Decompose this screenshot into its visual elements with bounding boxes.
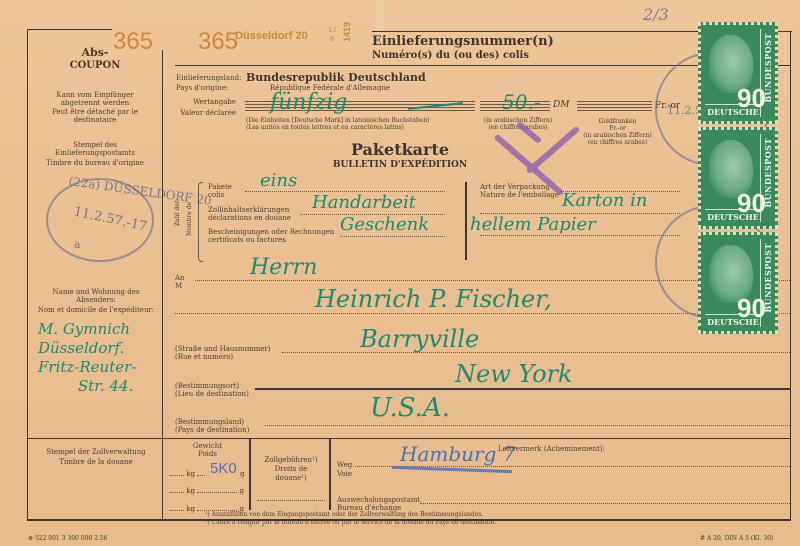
weight-unit-kg: kg [186,505,195,513]
frame-left [27,29,28,520]
weight-divider [249,438,251,510]
place-line [255,388,790,390]
sender-line: M. Gymnich [38,320,136,339]
origin-label-de: Einlieferungsland: [176,74,241,82]
footnote-de: ¹) Auszufüllen von dem Eingangspostamt o… [205,511,483,518]
value-currency: DM [553,100,569,110]
label-number-right: 365 [198,28,238,56]
count-value-parcels: eins [260,170,297,191]
origin-value-de: Bundesrepublik Deutschland [246,71,426,84]
value-digits: 50.- [502,90,541,114]
country-label-de: (Bestimmungsland) [175,418,244,426]
sender-label-de: Name und Wohnung des Absenders: [32,288,160,304]
count-line [340,236,445,237]
addressee-salutation: Herrn [250,255,317,280]
country-label-fr: (Pays de destination) [175,426,249,434]
stamp-issuer: BUNDESPOST [763,33,773,103]
counts-brace [198,182,203,262]
routing-label: Leitvermerk (Acheminement): [498,445,605,453]
addressee-place: New York [455,360,573,388]
street-label-de: (Straße und Hausnummer) [175,345,271,353]
coupon-stamp-label-fr: Timbre du bureau d'origine [40,159,150,167]
sender-line: Fritz-Reuter- [38,358,136,377]
place-label-fr: (Lieu de destination) [175,390,249,398]
count-label-de: Pakete [208,183,232,191]
parcel-card: 365 365 Düsseldorf 20 1 / 9 1419 2/3 Abs… [0,0,800,546]
sender-line: Düsseldorf. [38,339,136,358]
document-title: Paketkarte [320,140,480,159]
route-label-fr: Voie [337,470,352,478]
label-fraction: 1 / 9 [328,26,336,44]
label-code: 1419 [342,22,352,42]
weight-unit-g: g [239,487,243,495]
customs-rule [27,438,790,439]
weight-unit-g: g [240,470,244,478]
postmark-letter: a [74,238,81,251]
postmark-duesseldorf: (22a) DÜSSELDORF 20 11.2.57.-17 a [46,178,154,262]
count-value-declarations: Handarbeit [312,192,416,213]
fees-line [257,500,325,501]
print-code-text: 522 901 3 300 000 2.56 [35,535,108,542]
count-label-de: Zollinhaltserklärungen [208,206,289,214]
fees-label-fr1: Droits de [252,465,330,473]
packaging-value-2: hellem Papier [470,214,596,235]
postage-stamp: 90 DEUTSCHE BUNDESPOST [698,127,778,229]
stamp-issuer: BUNDESPOST [763,138,773,208]
fees-label-fr2: douane¹) [252,474,330,482]
gold-note-de: Goldfranken [575,118,660,125]
postmark-date: 11.2.57.-17 [72,204,148,234]
weight-label-de: Gewicht [165,442,250,450]
sender-address: M. Gymnich Düsseldorf. Fritz-Reuter- Str… [38,320,136,396]
coupon-header-de: Abs- [28,46,162,59]
addressee-name: Heinrich P. Fischer, [315,285,552,313]
gold-rules [577,101,652,113]
weight-label-fr: Poids [165,450,250,458]
count-label-fr: déclarations en douane [208,214,291,222]
route-label-de: Weg [337,461,352,469]
origin-label-fr: Pays d'origine: [176,84,228,92]
frame-right [790,31,791,521]
value-words: fünfzig [270,90,347,115]
customs-stamp-de: Stempel der Zollverwaltung [30,448,162,456]
sender-label-fr: Nom et domicile de l'expéditeur: [32,306,160,314]
weight-unit-kg: kg [186,487,195,495]
coupon-header-fr: COUPON [28,60,162,71]
value-label-fr: Valeur déclarée [176,109,236,117]
frame-top-left [27,29,112,30]
weight-row: kg [170,470,205,478]
street-label-fr: (Rue et numéro) [175,353,233,361]
addressee-street: Barryville [360,325,479,353]
parcel-number-heading-fr: Numéro(s) du (ou des) colis [372,50,529,61]
packaging-line [480,235,680,236]
coupon-detach-de: Kann vom Empfänger abgetrennt werden [40,91,150,107]
count-label-fr: certificats ou factures [208,236,286,244]
footnote-fr: ¹) Cadre à remplir par le bureau d'entré… [205,519,496,526]
stamp-country: DEUTSCHE [705,107,761,117]
gold-note2-de: (in arabischen Ziffern) [575,132,660,139]
stamp-country: DEUTSCHE [705,212,761,222]
addressee-an-fr: M [175,282,182,290]
document-subtitle: BULLETIN D'EXPÉDITION [320,160,480,170]
value-label-de: Wertangabe [186,98,236,106]
addressee-an-de: An [175,274,185,282]
stamp-issuer: BUNDESPOST [763,243,773,313]
cancel-mark-icon [490,120,580,195]
weight-row: kg g [170,487,244,495]
gold-note-fr: Fr.-or [575,125,660,132]
postage-stamp: 90 DEUTSCHE BUNDESPOST [698,22,778,124]
value-words-note-fr: (Les unités en toutes lettres et en cara… [246,124,404,131]
addressee-country: U.S.A. [370,393,450,423]
value-words-note-de: (Die Einheiten [Deutsche Mark] in latein… [246,117,430,124]
exchange-line [420,503,790,504]
fees-divider [329,438,331,510]
form-code: # A 20, DIN A 5 (Kl. 30) [700,535,773,542]
weight-value: 5K0 [210,460,237,477]
place-label-de: (Bestimmungsort) [175,382,239,390]
counts-side-fr: Nombre de [186,176,193,236]
stamp-country: DEUTSCHE [705,317,761,327]
country-line [265,425,790,426]
sender-line: Str. 44. [38,377,136,396]
street-line [282,352,790,353]
count-label-fr: colis [208,191,224,199]
exchange-label-de: Auswechslungspostamt [337,496,420,504]
customs-stamp-fr: Timbre de la douane [30,458,162,466]
postage-stamp: 90 DEUTSCHE BUNDESPOST [698,232,778,334]
coupon-stamp-label-de: Stempel des Einlieferungspostamts [40,141,150,157]
packaging-divider [465,182,467,260]
weight-unit-kg: kg [186,470,195,478]
gold-note2-fr: (en chiffres arabes) [575,139,660,146]
coupon-detach-fr: Peut être détaché par le destinataire [40,108,150,124]
label-office: Düsseldorf 20 [235,30,308,42]
counts-side-de: Zahl der [174,166,181,226]
coupon-divider [162,50,163,520]
print-code: ⊛ 522 901 3 300 000 2.56 [28,535,107,542]
count-label-de: Bescheinigungen oder Rechnungen [208,228,334,236]
count-value-certificates: Geschenk [340,214,429,235]
parcel-number-heading-de: Einlieferungsnummer(n) [372,34,554,49]
fees-label-de: Zollgebühren¹) [252,456,330,464]
pencil-note: 2/3 [643,5,669,24]
